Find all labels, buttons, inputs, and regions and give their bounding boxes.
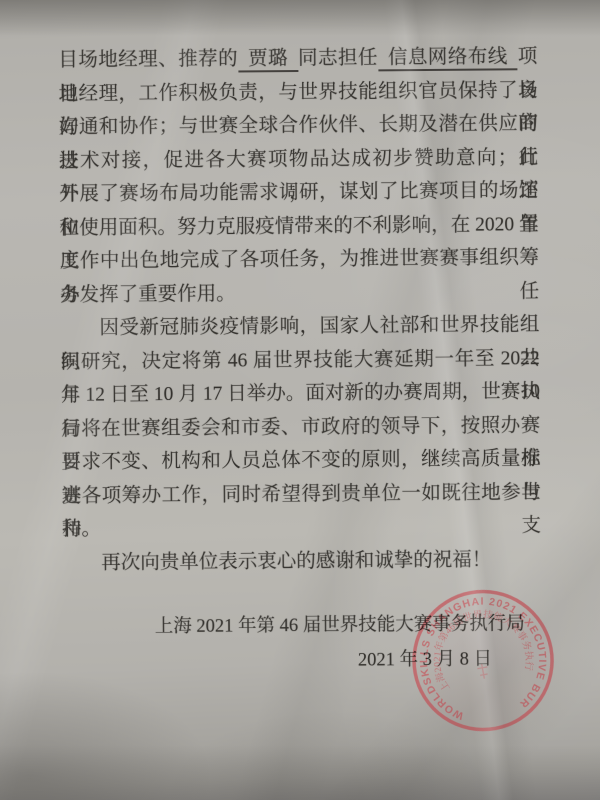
text-line: 技术对接，促进各大赛项物品达成初步赞助意向；此外，还 — [59, 141, 538, 178]
text-line: 因受新冠肺炎疫情影响，国家人社部和世界技能组织共 — [60, 308, 539, 345]
text-segment: 目场地经理、推荐的 — [58, 48, 238, 70]
text-line: 和使用面积。努力克服疫情带来的不利影响，在 2020 年度 — [60, 208, 539, 245]
text-line: 局将在世赛组委会和市委、市政府的领导下，按照办赛目标 — [61, 409, 540, 446]
text-line: 沟通和协作；与世赛全球合作伙伴、长期及潜在供应商进行 — [59, 107, 538, 144]
text-line: 再次向贵单位表示衷心的感谢和诚挚的祝福！ — [62, 543, 541, 580]
text-line: 目场地经理、推荐的贾璐同志担任信息网络布线项目场 — [58, 40, 537, 77]
official-seal-stamp: WORLDSKILLS SHANGHAI 2021 EXECUTIVE BURE… — [384, 562, 582, 760]
underlined-field: 贾璐 — [238, 48, 298, 72]
text-line: 赛各项筹办工作，同时希望得到贵单位一如既往地参与和支 — [62, 476, 541, 513]
text-segment: 持。 — [62, 519, 101, 540]
underlined-field: 信息网络布线 — [378, 46, 518, 71]
text-line: 月 12 日至 10 月 17 日举办。面对新的办赛周期，世赛执行 — [61, 375, 540, 412]
text-line: 地经理，工作积极负责，与世界技能组织官员保持了良好的 — [58, 74, 537, 111]
text-line: 同研究，决定将第 46 届世界技能大赛延期一年至 2022 年 10 — [61, 342, 540, 379]
text-segment: 同志担任 — [298, 47, 378, 69]
text-segment: 赛各项筹办工作，同时希望得到贵单位一如既往地参与和支 — [62, 482, 541, 540]
text-line: 开展了赛场布局功能需求调研，谋划了比赛项目的场馆位置 — [59, 174, 538, 211]
photographed-letter-page: 目场地经理、推荐的贾璐同志担任信息网络布线项目场地经理，工作积极负责，与世界技能… — [0, 0, 600, 800]
document-content: 目场地经理、推荐的贾璐同志担任信息网络布线项目场地经理，工作积极负责，与世界技能… — [0, 0, 600, 800]
text-segment: 再次向贵单位表示衷心的感谢和诚挚的祝福！ — [101, 549, 491, 573]
letter-body: 目场地经理、推荐的贾璐同志担任信息网络布线项目场地经理，工作积极负责，与世界技能… — [58, 40, 541, 580]
text-line: 工作中出色地完成了各项任务，为推进世赛赛事组织筹办任 — [60, 241, 539, 278]
text-segment: 务发挥了重要作用。 — [60, 283, 236, 305]
text-line: 要求不变、机构和人员总体不变的原则，继续高质量推进世 — [61, 442, 540, 479]
